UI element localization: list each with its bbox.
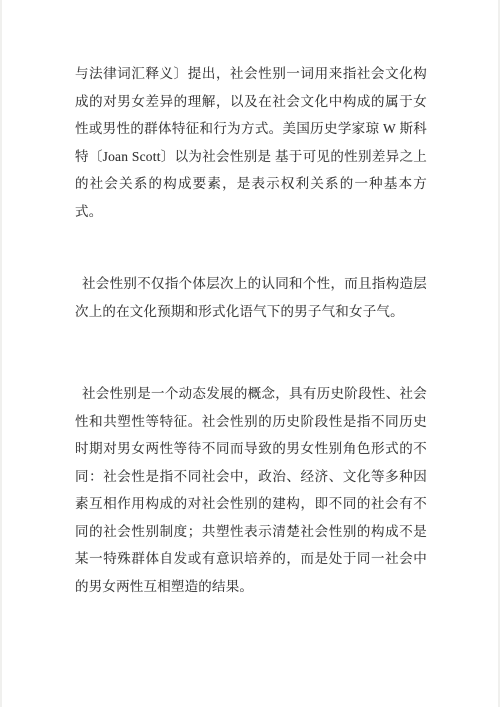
text-line: 性和共塑性等特征。社会性别的历史阶段性是指不同历史 [75,408,427,436]
text-line: 的社会关系的构成要素，是表示权利关系的一种基本方 [75,170,427,198]
text-line: 特〔Joan Scott〕以为社会性别是 基于可见的性别差异之上 [75,143,427,171]
paragraph-gender-definition: 与法律词汇释义〕提出，社会性别一词用来指社会文化构成的对男女差异的理解，以及在社… [75,60,427,225]
text-line: 式。 [75,198,427,226]
text-line: 社会性别不仅指个体层次上的认同和个性，而且指构造层 [75,270,427,298]
paragraph-individual-and-structural: 社会性别不仅指个体层次上的认同和个性，而且指构造层次上的在文化预期和形式化语气下… [75,270,427,325]
text-line: 同：社会性是指不同社会中，政治、经济、文化等多种因 [75,463,427,491]
text-line: 与法律词汇释义〕提出，社会性别一词用来指社会文化构 [75,60,427,88]
paragraph-dynamic-concept: 社会性别是一个动态发展的概念，具有历史阶段性、社会性和共塑性等特征。社会性别的历… [75,380,427,600]
text-line: 成的对男女差异的理解，以及在社会文化中构成的属于女 [75,88,427,116]
text-line: 社会性别是一个动态发展的概念，具有历史阶段性、社会 [75,380,427,408]
document-text-block: 与法律词汇释义〕提出，社会性别一词用来指社会文化构成的对男女差异的理解，以及在社… [75,0,427,600]
text-line: 时期对男女两性等待不同而导致的男女性别角色形式的不 [75,435,427,463]
text-line: 某一特殊群体自发或有意识培养的，而是处于同一社会中 [75,545,427,573]
text-line: 同的社会性别制度；共塑性表示清楚社会性别的构成不是 [75,518,427,546]
text-line: 次上的在文化预期和形式化语气下的男子气和女子气。 [75,298,427,326]
text-line: 性或男性的群体特征和行为方式。美国历史学家琼 W 斯科 [75,115,427,143]
text-line: 的男女两性互相塑造的结果。 [75,573,427,601]
document-page: 与法律词汇释义〕提出，社会性别一词用来指社会文化构成的对男女差异的理解，以及在社… [0,0,500,707]
text-line: 素互相作用构成的对社会性别的建构，即不同的社会有不 [75,490,427,518]
